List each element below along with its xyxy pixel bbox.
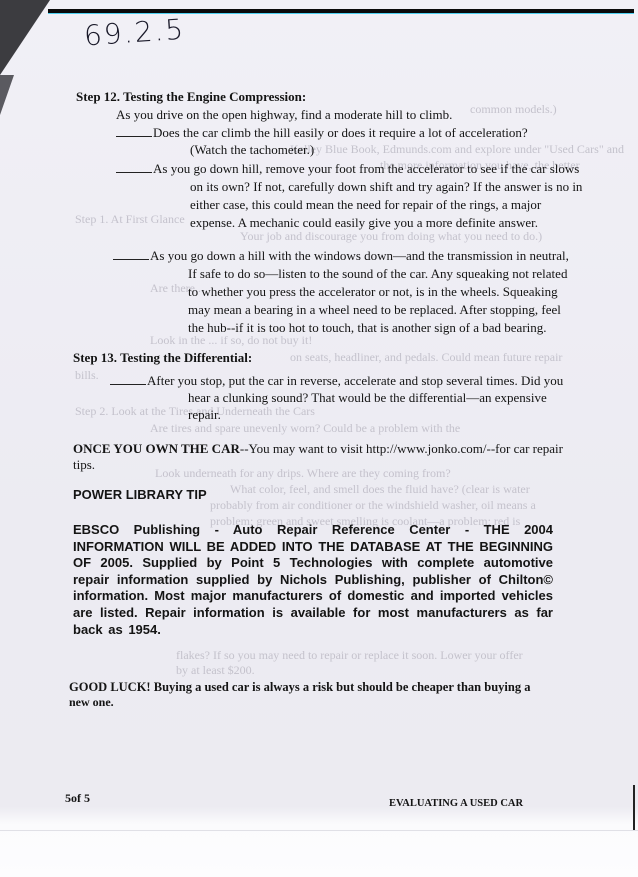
once-you-own-paragraph: ONCE YOU OWN THE CAR--You may want to vi…: [73, 441, 563, 457]
bleed-through-text: probably from air conditioner or the win…: [210, 498, 536, 513]
step12-item2: As you go down hill, remove your foot fr…: [116, 161, 579, 177]
scan-shadow-corner: [0, 0, 50, 75]
item-text: Does the car climb the hill easily or do…: [153, 125, 528, 140]
good-luck-paragraph: GOOD LUCK! Buying a used car is always a…: [69, 679, 530, 695]
step12-item2-line3: either case, this could mean the need fo…: [190, 197, 541, 213]
page-bottom-edge: [0, 830, 638, 831]
step12-intro: As you drive on the open highway, find a…: [116, 107, 452, 123]
bleed-through-text: Your job and discourage you from doing w…: [240, 229, 542, 244]
power-library-tip-heading: POWER LIBRARY TIP: [73, 487, 207, 503]
scanned-page: common models.) Kelley Blue Book, Edmund…: [0, 0, 638, 877]
bleed-through-text: common models.): [470, 102, 557, 117]
step13-line3: repair.: [188, 407, 221, 423]
bleed-through-text: Step 1. At First Glance: [75, 212, 185, 227]
checkbox-blank[interactable]: [116, 172, 152, 173]
bleed-through-text: What color, feel, and smell does the flu…: [230, 482, 530, 497]
right-edge-rule: [633, 785, 635, 830]
step12-item3-line4: may mean a bearing in a wheel need to be…: [188, 302, 561, 318]
bleed-through-text: Are tires and spare unevenly worn? Could…: [150, 421, 460, 436]
step12-item3-line5: the hub--if it is too hot to touch, that…: [188, 320, 547, 336]
step12-item2-line2: on its own? If not, carefully down shift…: [190, 179, 582, 195]
step12-item2-line4: expense. A mechanic could easily give yo…: [190, 215, 538, 231]
checkbox-blank[interactable]: [113, 259, 149, 260]
good-luck-text: Buying a used car is always a risk but s…: [151, 680, 531, 694]
bleed-through-text: on seats, headliner, and pedals. Could m…: [290, 350, 562, 365]
once-you-own-text: --You may want to visit http://www.jonko…: [240, 441, 563, 456]
power-library-tip-body: EBSCO Publishing - Auto Repair Reference…: [73, 522, 553, 638]
top-rule: [48, 9, 634, 14]
once-you-own-lead: ONCE YOU OWN THE CAR: [73, 441, 240, 456]
step12-item3-line2: If safe to do so—listen to the sound of …: [188, 266, 567, 282]
bleed-through-text: Kelley Blue Book, Edmunds.com and explor…: [290, 142, 624, 157]
step12-item1-line2: (Watch the tachometer.): [190, 142, 314, 158]
step12-item1: Does the car climb the hill easily or do…: [116, 125, 528, 141]
step13-line2: hear a clunking sound? That would be the…: [188, 390, 547, 406]
handwritten-note: 69.2.5: [83, 13, 186, 53]
item-text: After you stop, put the car in reverse, …: [147, 373, 563, 388]
item-text: As you go down hill, remove your foot fr…: [153, 161, 579, 176]
step13-item: After you stop, put the car in reverse, …: [110, 373, 563, 389]
checkbox-blank[interactable]: [110, 384, 146, 385]
bleed-through-text: flakes? If so you may need to repair or …: [176, 648, 523, 663]
bleed-through-text: bills.: [75, 368, 99, 383]
step12-item3: As you go down a hill with the windows d…: [113, 248, 569, 264]
step12-heading: Step 12. Testing the Engine Compression:: [76, 89, 306, 105]
once-you-own-text2: tips.: [73, 457, 95, 473]
bleed-through-text: by at least $200.: [176, 663, 255, 678]
footer-title: EVALUATING A USED CAR: [389, 796, 523, 812]
good-luck-lead: GOOD LUCK!: [69, 680, 151, 694]
bleed-through-text: Look underneath for any drips. Where are…: [155, 466, 451, 481]
page-number: 5of 5: [65, 790, 90, 806]
good-luck-text2: new one.: [69, 694, 114, 710]
scan-shadow-corner-lower: [0, 75, 14, 115]
step13-heading: Step 13. Testing the Differential:: [73, 350, 252, 366]
item-text: As you go down a hill with the windows d…: [150, 248, 569, 263]
checkbox-blank[interactable]: [116, 136, 152, 137]
step12-item3-line3: to whether you press the accelerator or …: [188, 284, 558, 300]
